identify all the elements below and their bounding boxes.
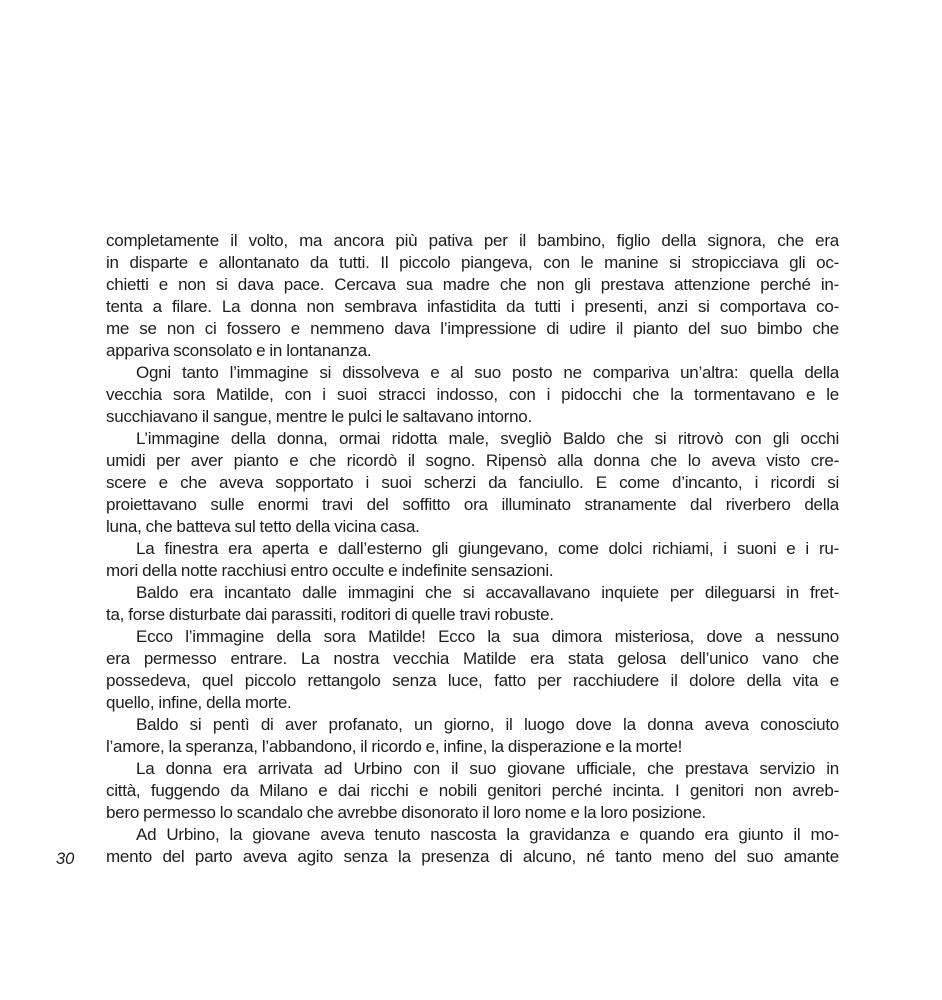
text-line: bero permesso lo scandalo che avrebbe di…	[106, 802, 839, 824]
text-line: me se non ci fossero e nemmeno dava l’im…	[106, 318, 839, 340]
text-line: ta, forse disturbate dai parassiti, rodi…	[106, 604, 839, 626]
text-line: proiettavano sulle enormi travi del soff…	[106, 494, 839, 516]
paragraph: Ecco l’immagine della sora Matilde! Ecco…	[106, 626, 839, 714]
text-line: appariva sconsolato e in lontananza.	[106, 340, 839, 362]
text-line: scere e che aveva sopportato i suoi sche…	[106, 472, 839, 494]
text-line: completamente il volto, ma ancora più pa…	[106, 230, 839, 252]
text-line: succhiavano il sangue, mentre le pulci l…	[106, 406, 839, 428]
paragraph: Baldo era incantato dalle immagini che s…	[106, 582, 839, 626]
paragraph: completamente il volto, ma ancora più pa…	[106, 230, 839, 362]
page-number: 30	[56, 848, 74, 870]
paragraph: Ad Urbino, la giovane aveva tenuto nasco…	[106, 824, 839, 868]
text-line: quello, infine, della morte.	[106, 692, 839, 714]
text-line: possedeva, quel piccolo rettangolo senza…	[106, 670, 839, 692]
text-line: città, fuggendo da Milano e dai ricchi e…	[106, 780, 839, 802]
text-line: luna, che batteva sul tetto della vicina…	[106, 516, 839, 538]
text-line: in disparte e allontanato da tutti. Il p…	[106, 252, 839, 274]
text-line: La donna era arrivata ad Urbino con il s…	[106, 758, 839, 780]
text-line: mento del parto aveva agito senza la pre…	[106, 846, 839, 868]
paragraph: La finestra era aperta e dall’esterno gl…	[106, 538, 839, 582]
text-line: era permesso entrare. La nostra vecchia …	[106, 648, 839, 670]
paragraph: La donna era arrivata ad Urbino con il s…	[106, 758, 839, 824]
body-text: completamente il volto, ma ancora più pa…	[106, 230, 839, 868]
text-line: mori della notte racchiusi entro occulte…	[106, 560, 839, 582]
text-line: L’immagine della donna, ormai ridotta ma…	[106, 428, 839, 450]
text-line: Baldo si pentì di aver profanato, un gio…	[106, 714, 839, 736]
text-line: tenta a filare. La donna non sembrava in…	[106, 296, 839, 318]
book-page: completamente il volto, ma ancora più pa…	[0, 0, 942, 1000]
text-line: vecchia sora Matilde, con i suoi stracci…	[106, 384, 839, 406]
paragraph: Ogni tanto l’immagine si dissolveva e al…	[106, 362, 839, 428]
text-line: Ad Urbino, la giovane aveva tenuto nasco…	[106, 824, 839, 846]
text-line: Baldo era incantato dalle immagini che s…	[106, 582, 839, 604]
text-line: Ecco l’immagine della sora Matilde! Ecco…	[106, 626, 839, 648]
paragraph: Baldo si pentì di aver profanato, un gio…	[106, 714, 839, 758]
text-line: La finestra era aperta e dall’esterno gl…	[106, 538, 839, 560]
text-line: l’amore, la speranza, l’abbandono, il ri…	[106, 736, 839, 758]
paragraph: L’immagine della donna, ormai ridotta ma…	[106, 428, 839, 538]
text-line: chietti e non si dava pace. Cercava sua …	[106, 274, 839, 296]
text-line: Ogni tanto l’immagine si dissolveva e al…	[106, 362, 839, 384]
text-line: umidi per aver pianto e che ricordò il s…	[106, 450, 839, 472]
